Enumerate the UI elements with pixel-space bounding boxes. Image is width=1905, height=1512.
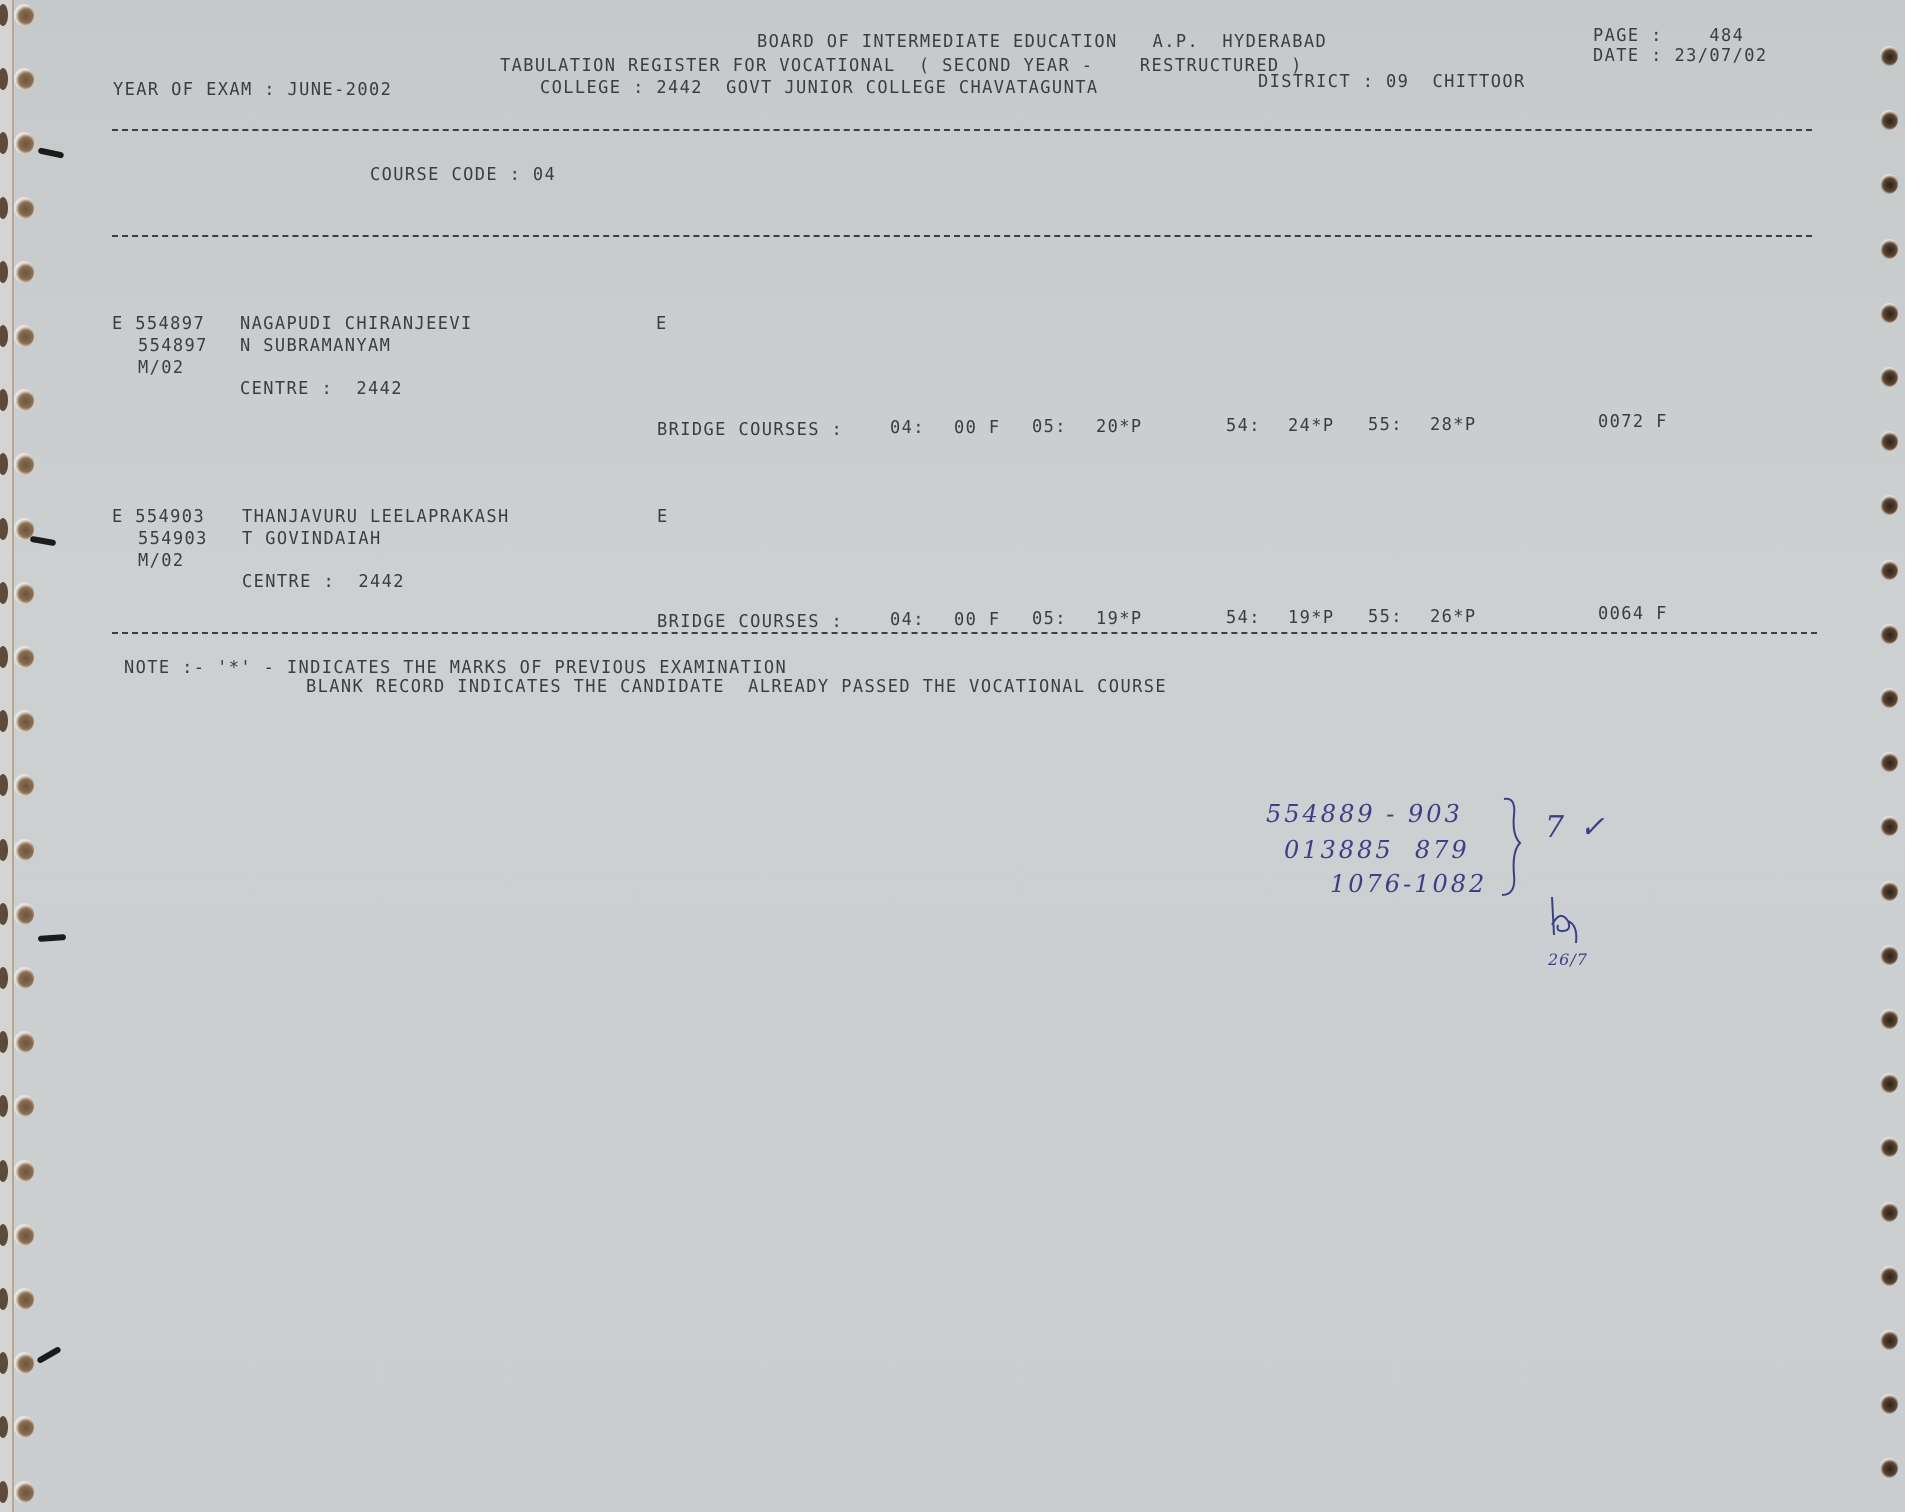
sprocket-hole-icon: [14, 453, 34, 475]
college-info: COLLEGE : 2442 GOVT JUNIOR COLLEGE CHAVA…: [540, 78, 1098, 99]
sprocket-hole-icon: [1880, 624, 1898, 644]
candidate-name: THANJAVURU LEELAPRAKASH: [242, 507, 510, 528]
sprocket-hole-icon: [14, 582, 34, 604]
page-number: PAGE : 484: [1593, 26, 1744, 47]
note-line-1: NOTE :- '*' - INDICATES THE MARKS OF PRE…: [124, 658, 787, 679]
sprocket-hole-icon: [1880, 560, 1898, 580]
bridge-code: 04:: [890, 610, 925, 631]
sprocket-hole-icon: [1880, 46, 1898, 66]
sprocket-hole-icon: [14, 261, 34, 283]
sprocket-hole-icon: [14, 389, 34, 411]
sprocket-hole-icon: [1880, 881, 1898, 901]
bridge-courses-label: BRIDGE COURSES :: [657, 420, 843, 441]
handwritten-range-3: 1076-1082: [1330, 870, 1487, 898]
bridge-mark: 28*P: [1430, 415, 1477, 436]
sprocket-hole-icon: [14, 68, 34, 90]
course-code: COURSE CODE : 04: [370, 165, 556, 186]
sprocket-hole-icon: [1880, 1009, 1898, 1029]
sprocket-hole-icon: [1880, 367, 1898, 387]
sprocket-hole-icon: [1880, 1394, 1898, 1414]
separator-line: [112, 632, 1817, 634]
bridge-code: 05:: [1032, 609, 1067, 630]
candidate-number: 554903: [138, 529, 208, 550]
total-result: 0072 F: [1598, 412, 1668, 433]
sprocket-hole-icon: [1880, 688, 1898, 708]
bridge-mark: 00 F: [954, 418, 1001, 439]
bridge-courses-label: BRIDGE COURSES :: [657, 612, 843, 633]
curly-brace-icon: [1500, 795, 1530, 900]
centre-code: CENTRE : 2442: [242, 572, 405, 593]
sprocket-hole-icon: [14, 1160, 34, 1182]
total-result: 0064 F: [1598, 604, 1668, 625]
binder-mark: [38, 934, 66, 942]
sprocket-hole-icon: [14, 967, 34, 989]
sprocket-hole-icon: [14, 1224, 34, 1246]
register-title: TABULATION REGISTER FOR VOCATIONAL ( SEC…: [500, 56, 1303, 77]
bridge-mark: 19*P: [1288, 608, 1335, 629]
separator-line: [112, 129, 1812, 131]
candidate-name: NAGAPUDI CHIRANJEEVI: [240, 314, 473, 335]
bridge-mark: 20*P: [1096, 417, 1143, 438]
sprocket-hole-icon: [14, 1095, 34, 1117]
sprocket-hole-icon: [1880, 1330, 1898, 1350]
sprocket-hole-icon: [14, 325, 34, 347]
candidate-hall-ticket: E 554903: [112, 507, 205, 528]
bridge-code: 05:: [1032, 417, 1067, 438]
sprocket-hole-icon: [14, 774, 34, 796]
sprocket-hole-icon: [14, 1481, 34, 1503]
bridge-mark: 24*P: [1288, 416, 1335, 437]
binder-mark: [36, 1346, 62, 1364]
sprocket-hole-icon: [1880, 303, 1898, 323]
board-title: BOARD OF INTERMEDIATE EDUCATION A.P. HYD…: [757, 32, 1327, 53]
sprocket-hole-icon: [14, 197, 34, 219]
bridge-mark: 00 F: [954, 610, 1001, 631]
sprocket-hole-icon: [1880, 495, 1898, 515]
father-name: T GOVINDAIAH: [242, 529, 382, 550]
sprocket-hole-icon: [1880, 239, 1898, 259]
candidate-number: 554897: [138, 336, 208, 357]
father-name: N SUBRAMANYAM: [240, 336, 391, 357]
tractor-feed-edge: [0, 0, 14, 1512]
sprocket-hole-icon: [1880, 752, 1898, 772]
bridge-code: 55:: [1368, 415, 1403, 436]
sprocket-hole-icon: [14, 4, 34, 26]
gender-code: M/02: [138, 358, 185, 379]
printout-page: BOARD OF INTERMEDIATE EDUCATION A.P. HYD…: [0, 0, 1905, 1512]
district-info: DISTRICT : 09 CHITTOOR: [1258, 72, 1526, 93]
signature-initial-icon: [1546, 895, 1586, 945]
bridge-code: 54:: [1226, 416, 1261, 437]
sprocket-hole-icon: [14, 1416, 34, 1438]
sprocket-hole-icon: [1880, 1266, 1898, 1286]
bridge-code: 54:: [1226, 608, 1261, 629]
sprocket-hole-icon: [14, 1288, 34, 1310]
handwritten-range-1: 554889 - 903: [1266, 800, 1463, 828]
sprocket-hole-icon: [1880, 816, 1898, 836]
sprocket-hole-icon: [1880, 431, 1898, 451]
sprocket-hole-icon: [1880, 110, 1898, 130]
centre-code: CENTRE : 2442: [240, 379, 403, 400]
sprocket-hole-icon: [14, 903, 34, 925]
bridge-code: 55:: [1368, 607, 1403, 628]
handwritten-count: 7 ✓: [1545, 810, 1608, 845]
sprocket-hole-icon: [1880, 1458, 1898, 1478]
bridge-mark: 19*P: [1096, 609, 1143, 630]
gender-code: M/02: [138, 551, 185, 572]
bridge-code: 04:: [890, 418, 925, 439]
sprocket-hole-icon: [14, 1031, 34, 1053]
print-date: DATE : 23/07/02: [1593, 46, 1768, 67]
sprocket-hole-icon: [14, 646, 34, 668]
year-of-exam: YEAR OF EXAM : JUNE-2002: [113, 80, 392, 101]
candidate-flag: E: [657, 507, 669, 528]
handwritten-date: 26/7: [1548, 950, 1588, 969]
note-line-2: BLANK RECORD INDICATES THE CANDIDATE ALR…: [306, 677, 1167, 698]
sprocket-hole-icon: [14, 132, 34, 154]
separator-line: [112, 235, 1812, 237]
bridge-mark: 26*P: [1430, 607, 1477, 628]
candidate-hall-ticket: E 554897: [112, 314, 205, 335]
sprocket-hole-icon: [1880, 1137, 1898, 1157]
sprocket-hole-icon: [1880, 174, 1898, 194]
sprocket-hole-icon: [1880, 1202, 1898, 1222]
sprocket-hole-icon: [1880, 1073, 1898, 1093]
sprocket-hole-icon: [14, 710, 34, 732]
sprocket-hole-icon: [14, 1352, 34, 1374]
candidate-flag: E: [656, 314, 668, 335]
binder-mark: [30, 536, 57, 546]
binder-mark: [38, 147, 65, 158]
sprocket-hole-icon: [14, 839, 34, 861]
handwritten-range-2: 013885 879: [1284, 836, 1470, 864]
sprocket-hole-icon: [1880, 945, 1898, 965]
